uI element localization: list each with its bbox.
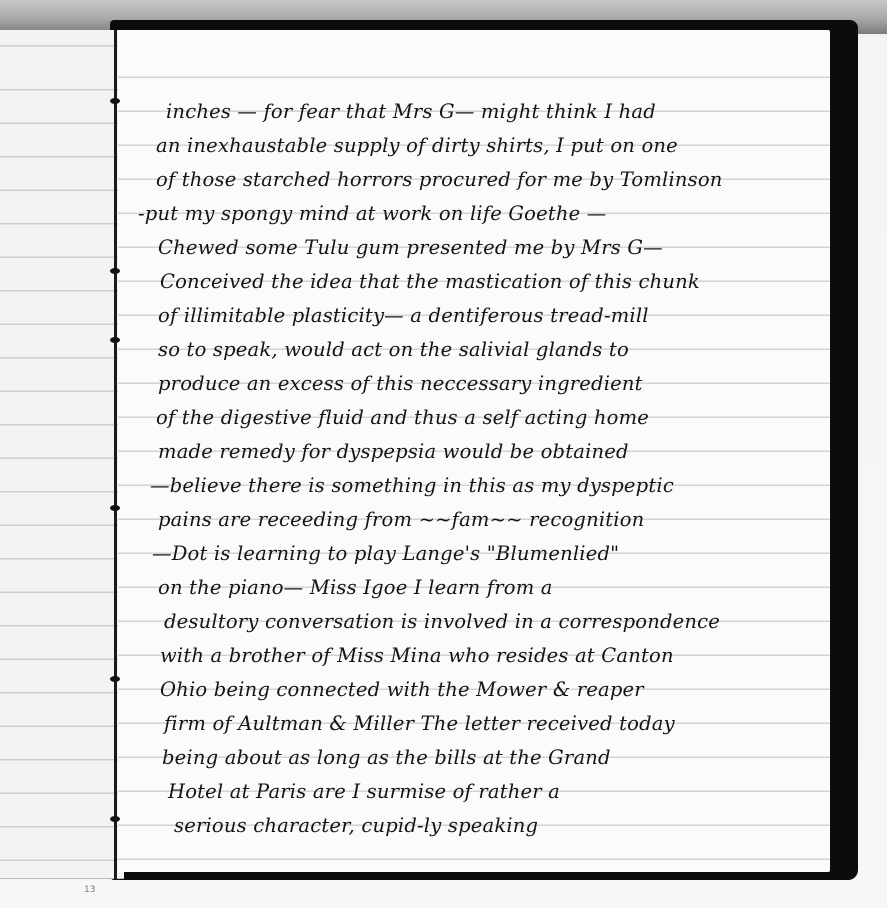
handwritten-line: on the piano— Miss Igoe I learn from a — [158, 576, 553, 599]
binding-stitch — [110, 268, 120, 274]
handwritten-line: so to speak, would act on the salivial g… — [158, 338, 629, 361]
handwritten-line: -put my spongy mind at work on life Goet… — [138, 202, 606, 225]
right-page: inches — for fear that Mrs G— might thin… — [118, 30, 830, 872]
handwritten-line: being about as long as the bills at the … — [162, 746, 611, 769]
handwritten-line: Conceived the idea that the mastication … — [160, 270, 700, 293]
handwritten-line: of illimitable plasticity— a dentiferous… — [158, 304, 649, 327]
notebook-spread: 13 inches — for fear that Mrs G— might t… — [0, 0, 887, 908]
handwritten-line: with a brother of Miss Mina who resides … — [160, 644, 674, 667]
handwritten-line: firm of Aultman & Miller The letter rece… — [164, 712, 675, 735]
binding-stitch — [110, 816, 120, 822]
handwritten-line: an inexhaustable supply of dirty shirts,… — [156, 134, 678, 157]
handwritten-line: of the digestive fluid and thus a self a… — [156, 406, 649, 429]
binding-gutter — [114, 30, 117, 880]
handwritten-line: pains are receeding from ~~fam~~ recogni… — [158, 508, 644, 531]
handwritten-line: produce an excess of this neccessary ing… — [158, 372, 643, 395]
handwritten-line: Ohio being connected with the Mower & re… — [160, 678, 644, 701]
handwritten-line: serious character, cupid-ly speaking — [174, 814, 538, 837]
handwritten-line: made remedy for dyspepsia would be obtai… — [158, 440, 629, 463]
handwritten-line: inches — for fear that Mrs G— might thin… — [166, 100, 656, 123]
handwritten-line: —believe there is something in this as m… — [150, 474, 674, 497]
handwritten-line: desultory conversation is involved in a … — [164, 610, 720, 633]
page-number: 13 — [84, 885, 95, 895]
binding-stitch — [110, 676, 120, 682]
binding-stitch — [110, 337, 120, 343]
handwritten-line: Hotel at Paris are I surmise of rather a — [168, 780, 560, 803]
binding-stitch — [110, 98, 120, 104]
handwritten-line: —Dot is learning to play Lange's "Blumen… — [152, 542, 619, 565]
handwritten-line: of those starched horrors procured for m… — [156, 168, 723, 191]
left-page: 13 — [0, 30, 124, 879]
handwritten-line: Chewed some Tulu gum presented me by Mrs… — [158, 236, 663, 259]
binding-stitch — [110, 505, 120, 511]
